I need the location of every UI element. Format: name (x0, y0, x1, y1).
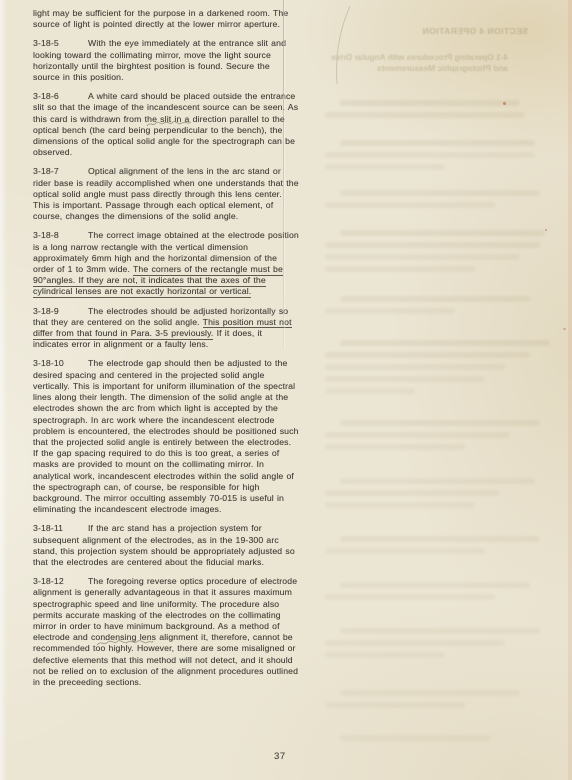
bleedthrough-smudge (340, 420, 540, 426)
bleedthrough-smudge (325, 152, 535, 158)
bleedthrough-smudge (325, 352, 530, 358)
body-text: The foregoing reverse optics procedure o… (33, 576, 298, 687)
paragraph-continuation: light may be sufficient for the purpose … (33, 8, 299, 30)
paragraph-number: 3-18-8 (33, 230, 88, 241)
paragraph-3-18-8: 3-18-8The correct image obtained at the … (33, 230, 299, 297)
bleedthrough-smudge (325, 202, 495, 208)
bleedthrough-smudge (340, 478, 535, 484)
bleedthrough-smudge (325, 364, 505, 370)
handwritten-scribble-icon (146, 119, 192, 129)
bleedthrough-smudge (340, 582, 530, 588)
body-text: light may be sufficient for the purpose … (33, 8, 288, 29)
paragraph-number: 3-18-6 (33, 91, 88, 102)
bleedthrough-smudge (340, 735, 490, 741)
bleedthrough-smudge (325, 432, 510, 438)
bleedthrough-smudge (325, 254, 520, 260)
bleedthrough-smudge (325, 490, 500, 496)
paper-speck (503, 102, 506, 105)
bleedthrough-smudge (340, 100, 520, 106)
paragraph-3-18-7: 3-18-7Optical alignment of the lens in t… (33, 166, 299, 222)
bleedthrough-smudge (325, 548, 485, 554)
paragraph-3-18-5: 3-18-5With the eye immediately at the en… (33, 38, 299, 83)
scanned-page-screenshot: { "document": { "page_number": "37", "pa… (0, 0, 572, 780)
bleedthrough-smudge (340, 140, 535, 146)
bleedthrough-smudge (325, 266, 475, 272)
paragraph-number: 3-18-9 (33, 306, 88, 317)
bleedthrough-smudge (340, 190, 540, 196)
bleedthrough-smudge (340, 536, 540, 542)
bleedthrough-smudge (325, 502, 475, 508)
scan-right-edge (568, 0, 572, 780)
page-number: 37 (274, 751, 286, 762)
paragraph-number: 3-18-12 (33, 576, 88, 587)
paragraph-number: 3-18-5 (33, 38, 88, 49)
curved-crease-line (330, 6, 360, 86)
paragraph-3-18-10: 3-18-10The electrode gap should then be … (33, 358, 299, 515)
bleedthrough-smudge (340, 340, 550, 346)
bleedthrough-section-heading: SECTION 4 OPERATION (378, 26, 528, 36)
bleedthrough-smudge (325, 640, 505, 646)
bleedthrough-smudge (325, 652, 445, 658)
bleedthrough-smudge (325, 594, 495, 600)
paragraph-3-18-11: 3-18-11If the arc stand has a projection… (33, 523, 299, 568)
bleedthrough-smudge (325, 308, 455, 314)
paper-speck (545, 229, 547, 231)
paper-speck (563, 328, 566, 330)
bleedthrough-smudge (340, 296, 530, 302)
bleedthrough-smudge (325, 376, 485, 382)
paragraph-3-18-9: 3-18-9The electrodes should be adjusted … (33, 306, 299, 351)
bleedthrough-smudge (325, 164, 445, 170)
paragraph-number: 3-18-7 (33, 166, 88, 177)
bleedthrough-smudge (325, 242, 540, 248)
body-text: The electrode gap should then be adjuste… (33, 358, 299, 514)
paragraph-number: 3-18-10 (33, 358, 88, 369)
paragraph-3-18-12: 3-18-12The foregoing reverse optics proc… (33, 576, 299, 688)
bleedthrough-smudge (340, 230, 545, 236)
vertical-crease-line (283, 0, 284, 348)
bleedthrough-smudge (325, 444, 465, 450)
document-body: light may be sufficient for the purpose … (33, 8, 299, 696)
handwritten-scribble-icon (96, 638, 154, 648)
bleedthrough-smudge (340, 628, 540, 634)
scanned-paper-page: SECTION 4 OPERATION 4-1 Operating Proced… (0, 0, 572, 780)
bleedthrough-smudge (340, 690, 520, 696)
bleedthrough-smudge (325, 388, 415, 394)
bleedthrough-smudge (325, 702, 465, 708)
bleedthrough-smudge (325, 112, 525, 118)
paragraph-number: 3-18-11 (33, 523, 88, 534)
